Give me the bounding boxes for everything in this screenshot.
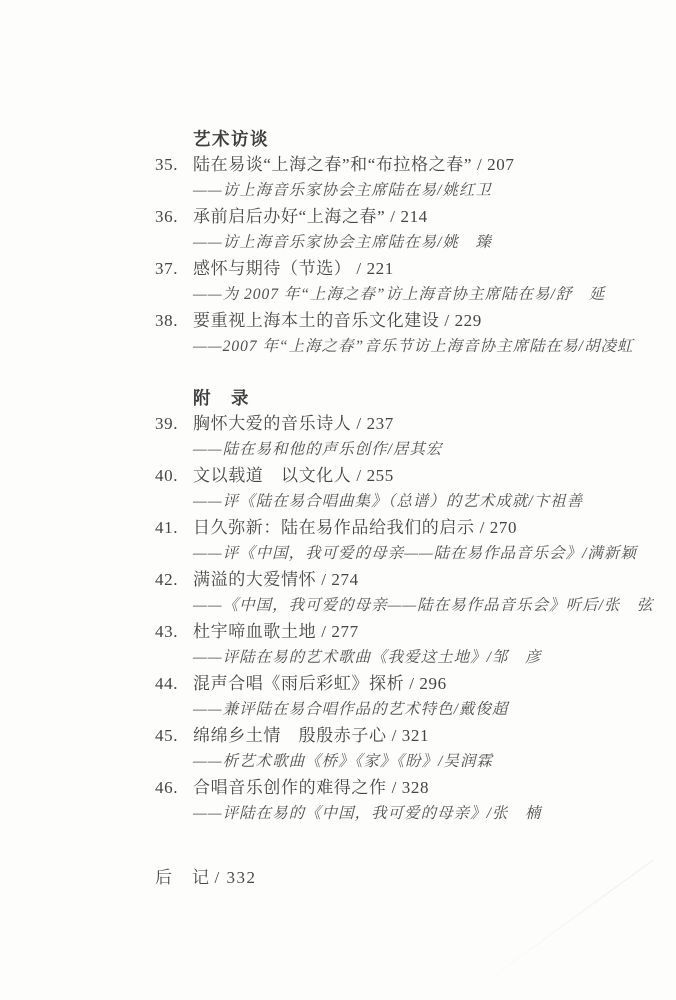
entry-page-number: / 255 <box>356 466 393 485</box>
entry-number: 44. <box>155 671 193 697</box>
entry-subtitle: ——评《陆在易合唱曲集》（总谱）的艺术成就/卞祖善 <box>193 489 660 515</box>
entry-page-number: / 274 <box>321 570 358 589</box>
entry-title-line: 43.杜宇啼血歌土地/ 277 <box>155 619 660 645</box>
entry-title-line: 35.陆在易谈“上海之春”和“布拉格之春”/ 207 <box>155 152 660 178</box>
entry-title: 陆在易谈“上海之春”和“布拉格之春” <box>193 155 472 174</box>
entry-title: 混声合唱《雨后彩虹》探析 <box>193 674 404 693</box>
toc-entry: 45.绵绵乡土情 殷殷赤子心/ 321 ——析艺术歌曲《桥》《家》《盼》/吴润霖 <box>155 723 660 775</box>
toc-entry: 46.合唱音乐创作的难得之作/ 328 ——评陆在易的《中国，我可爱的母亲》/张… <box>155 775 660 827</box>
entry-page-number: / 270 <box>480 518 517 537</box>
entry-page-number: / 237 <box>356 414 393 433</box>
entry-title-line: 44.混声合唱《雨后彩虹》探析/ 296 <box>155 671 660 697</box>
postscript-line: 后 记/ 332 <box>155 863 660 888</box>
entry-number: 46. <box>155 775 193 801</box>
entry-title: 合唱音乐创作的难得之作 <box>193 778 387 797</box>
toc-entry: 42.满溢的大爱情怀/ 274 ——《中国，我可爱的母亲——陆在易作品音乐会》听… <box>155 567 660 619</box>
entry-page-number: / 277 <box>321 622 358 641</box>
entry-title-line: 42.满溢的大爱情怀/ 274 <box>155 567 660 593</box>
entry-subtitle: ——评陆在易的《中国，我可爱的母亲》/张 楠 <box>193 801 660 827</box>
entry-title-line: 45.绵绵乡土情 殷殷赤子心/ 321 <box>155 723 660 749</box>
entry-title: 感怀与期待（节选） <box>193 259 351 278</box>
toc-entry: 44.混声合唱《雨后彩虹》探析/ 296 ——兼评陆在易合唱作品的艺术特色/戴俊… <box>155 671 660 723</box>
entry-number: 45. <box>155 723 193 749</box>
toc-entry: 35.陆在易谈“上海之春”和“布拉格之春”/ 207 ——访上海音乐家协会主席陆… <box>155 152 660 204</box>
entry-subtitle: ——访上海音乐家协会主席陆在易/姚 臻 <box>193 230 660 256</box>
book-page: 艺术访谈 35.陆在易谈“上海之春”和“布拉格之春”/ 207 ——访上海音乐家… <box>0 0 676 1000</box>
entry-title-line: 36.承前启后办好“上海之春”/ 214 <box>155 204 660 230</box>
entry-page-number: / 214 <box>390 207 427 226</box>
entry-title-line: 46.合唱音乐创作的难得之作/ 328 <box>155 775 660 801</box>
entry-title-line: 37.感怀与期待（节选）/ 221 <box>155 256 660 282</box>
table-of-contents: 艺术访谈 35.陆在易谈“上海之春”和“布拉格之春”/ 207 ——访上海音乐家… <box>155 126 660 888</box>
entry-subtitle: ——析艺术歌曲《桥》《家》《盼》/吴润霖 <box>193 749 660 775</box>
entry-page-number: / 221 <box>356 259 393 278</box>
entry-subtitle: ——评陆在易的艺术歌曲《我爱这土地》/邹 彦 <box>193 645 660 671</box>
toc-entry: 36.承前启后办好“上海之春”/ 214 ——访上海音乐家协会主席陆在易/姚 臻 <box>155 204 660 256</box>
entry-number: 40. <box>155 463 193 489</box>
entry-title: 绵绵乡土情 殷殷赤子心 <box>193 726 387 745</box>
entry-title-line: 38.要重视上海本土的音乐文化建设/ 229 <box>155 308 660 334</box>
entry-subtitle: ——评《中国，我可爱的母亲——陆在易作品音乐会》/满新颖 <box>193 541 660 567</box>
entry-title: 胸怀大爱的音乐诗人 <box>193 414 351 433</box>
entry-subtitle: ——陆在易和他的声乐创作/居其宏 <box>193 437 660 463</box>
entry-title: 要重视上海本土的音乐文化建设 <box>193 311 439 330</box>
entry-number: 36. <box>155 204 193 230</box>
entry-title: 杜宇啼血歌土地 <box>193 622 316 641</box>
toc-entry: 39.胸怀大爱的音乐诗人/ 237 ——陆在易和他的声乐创作/居其宏 <box>155 411 660 463</box>
entry-number: 43. <box>155 619 193 645</box>
entry-title: 日久弥新：陆在易作品给我们的启示 <box>193 518 475 537</box>
toc-entry: 38.要重视上海本土的音乐文化建设/ 229 ——2007 年“上海之春”音乐节… <box>155 308 660 360</box>
entry-number: 37. <box>155 256 193 282</box>
entry-title-line: 41.日久弥新：陆在易作品给我们的启示/ 270 <box>155 515 660 541</box>
entry-title: 满溢的大爱情怀 <box>193 570 316 589</box>
entry-title: 承前启后办好“上海之春” <box>193 207 385 226</box>
postscript-page-number: / 332 <box>215 868 257 887</box>
entry-page-number: / 328 <box>392 778 429 797</box>
postscript-label: 后 记 <box>155 868 211 887</box>
entry-title-line: 40.文以载道 以文化人/ 255 <box>155 463 660 489</box>
entry-number: 39. <box>155 411 193 437</box>
entry-page-number: / 296 <box>409 674 446 693</box>
section-heading: 附 录 <box>193 385 660 411</box>
entry-title: 文以载道 以文化人 <box>193 466 351 485</box>
entry-number: 38. <box>155 308 193 334</box>
entry-subtitle: ——《中国，我可爱的母亲——陆在易作品音乐会》听后/张 弦 <box>193 593 660 619</box>
entry-subtitle: ——兼评陆在易合唱作品的艺术特色/戴俊超 <box>193 697 660 723</box>
entry-subtitle: ——访上海音乐家协会主席陆在易/姚红卫 <box>193 178 660 204</box>
entry-subtitle: ——为 2007 年“上海之春”访上海音协主席陆在易/舒 延 <box>193 282 660 308</box>
entry-subtitle: ——2007 年“上海之春”音乐节访上海音协主席陆在易/胡凌虹 <box>193 334 660 360</box>
entry-title-line: 39.胸怀大爱的音乐诗人/ 237 <box>155 411 660 437</box>
entry-number: 35. <box>155 152 193 178</box>
entry-number: 41. <box>155 515 193 541</box>
section-art-interviews: 艺术访谈 35.陆在易谈“上海之春”和“布拉格之春”/ 207 ——访上海音乐家… <box>155 126 660 360</box>
entry-page-number: / 321 <box>392 726 429 745</box>
section-heading: 艺术访谈 <box>193 126 660 152</box>
toc-entry: 40.文以载道 以文化人/ 255 ——评《陆在易合唱曲集》（总谱）的艺术成就/… <box>155 463 660 515</box>
section-appendix: 附 录 39.胸怀大爱的音乐诗人/ 237 ——陆在易和他的声乐创作/居其宏 4… <box>155 385 660 827</box>
entry-number: 42. <box>155 567 193 593</box>
toc-entry: 41.日久弥新：陆在易作品给我们的启示/ 270 ——评《中国，我可爱的母亲——… <box>155 515 660 567</box>
toc-entry: 37.感怀与期待（节选）/ 221 ——为 2007 年“上海之春”访上海音协主… <box>155 256 660 308</box>
entry-page-number: / 229 <box>444 311 481 330</box>
toc-entry: 43.杜宇啼血歌土地/ 277 ——评陆在易的艺术歌曲《我爱这土地》/邹 彦 <box>155 619 660 671</box>
entry-page-number: / 207 <box>477 155 514 174</box>
